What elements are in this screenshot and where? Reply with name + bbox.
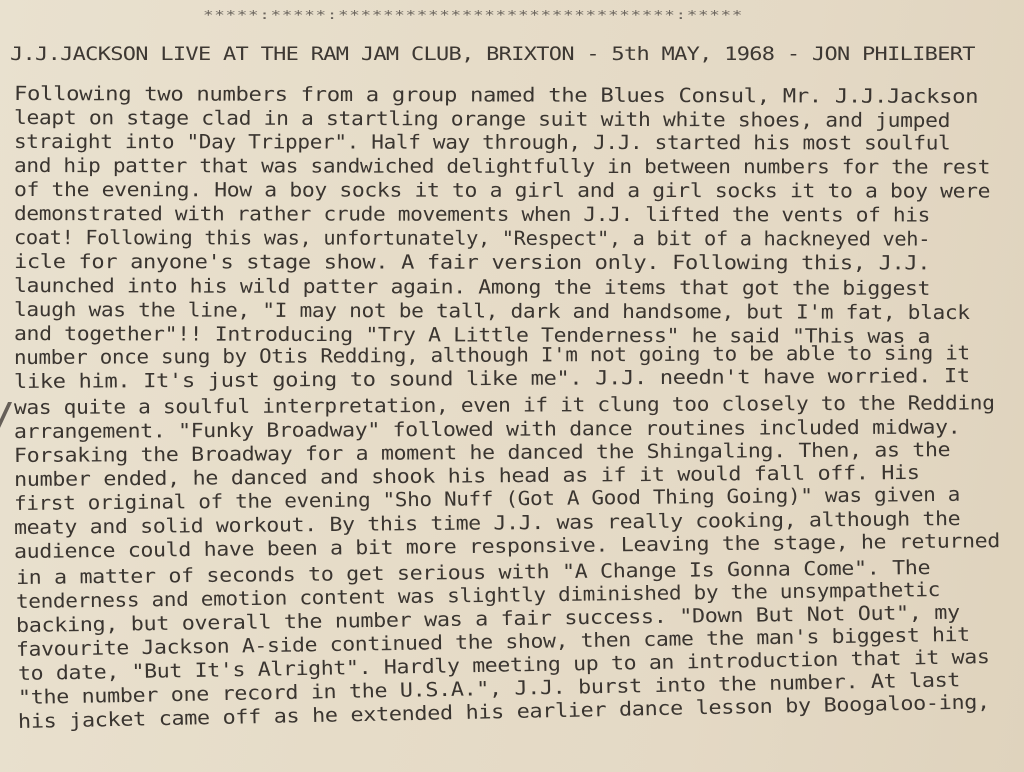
article-line: icle for anyone's stage show. A fair ver… xyxy=(14,250,930,274)
typewritten-page: *****:*****:****************************… xyxy=(0,0,1024,772)
article-line: leapt on stage clad in a startling orang… xyxy=(14,106,950,132)
asterisk-separator: *****:*****:****************************… xyxy=(203,8,743,22)
article-line: was quite a soulful interpretation, even… xyxy=(14,391,995,419)
article-line: straight into "Day Tripper". Half way th… xyxy=(14,130,950,155)
article-line: launched into his wild patter again. Amo… xyxy=(14,274,930,300)
article-line: and hip patter that was sandwiched delig… xyxy=(14,154,990,179)
article-line: Following two numbers from a group named… xyxy=(14,82,978,108)
article-line: like him. It's just going to sound like … xyxy=(14,364,970,393)
article-line: of the evening. How a boy socks it to a … xyxy=(14,178,990,203)
article-line: coat! Following this was, unfortunately,… xyxy=(14,226,930,251)
article-line: laugh was the line, "I may not be tall, … xyxy=(14,298,970,324)
article-title: J.J.JACKSON LIVE AT THE RAM JAM CLUB, BR… xyxy=(10,43,975,65)
article-line: demonstrated with rather crude movements… xyxy=(14,202,930,226)
